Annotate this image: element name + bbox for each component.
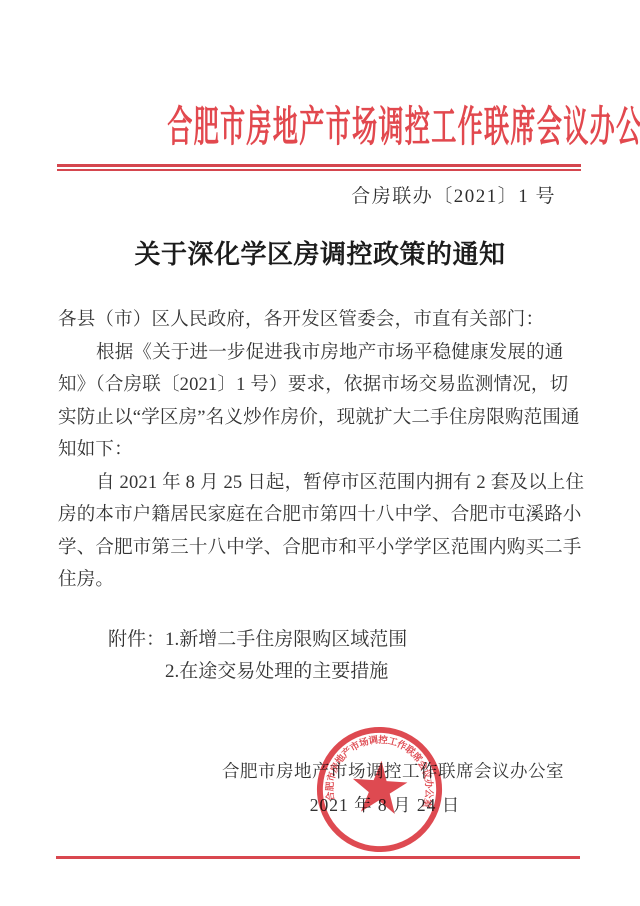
- body-line: 各县（市）区人民政府，各开发区管委会，市直有关部门：: [58, 304, 584, 337]
- letterhead-rule: [57, 164, 581, 171]
- attachment-item: 2.在途交易处理的主要措施: [108, 656, 407, 688]
- star-icon: [351, 759, 409, 815]
- body-line: 自 2021 年 8 月 25 日起，暂停市区范围内拥有 2 套及以上住: [58, 467, 584, 500]
- attachment-item-text: 2.在途交易处理的主要措施: [165, 661, 388, 682]
- body-text: 各县（市）区人民政府，各开发区管委会，市直有关部门： 根据《关于进一步促进我市房…: [58, 304, 584, 597]
- footer-rule: [56, 856, 580, 859]
- document-title: 关于深化学区房调控政策的通知: [0, 234, 640, 271]
- body-line: 房的本市户籍居民家庭在合肥市第四十八中学、合肥市屯溪路小: [58, 499, 584, 532]
- attachments-label: 附件：: [108, 629, 165, 650]
- document-number: 合房联办〔2021〕1 号: [351, 181, 556, 208]
- official-seal: 合肥市房地产市场调控工作联席会议办公室: [310, 720, 450, 860]
- attachment-item-text: 1.新增二手住房限购区域范围: [165, 629, 407, 650]
- body-line: 知如下：: [58, 434, 584, 467]
- letterhead: 合肥市房地产市场调控工作联席会议办公室: [0, 94, 640, 154]
- body-line: 根据《关于进一步促进我市房地产市场平稳健康发展的通: [58, 337, 584, 370]
- body-line: 知》（合房联〔2021〕1 号）要求，依据市场交易监测情况，切: [58, 369, 584, 402]
- letterhead-office-name: 合肥市房地产市场调控工作联席会议办公室: [167, 94, 640, 154]
- document-page: 合肥市房地产市场调控工作联席会议办公室 合房联办〔2021〕1 号 关于深化学区…: [0, 0, 640, 906]
- body-line: 实防止以“学区房”名义炒作房价，现就扩大二手住房限购范围通: [58, 402, 584, 435]
- attachments: 附件：1.新增二手住房限购区域范围 2.在途交易处理的主要措施: [108, 624, 407, 688]
- body-line: 住房。: [58, 564, 584, 597]
- attachment-item: 附件：1.新增二手住房限购区域范围: [108, 624, 407, 656]
- body-line: 学、合肥市第三十八中学、合肥市和平小学学区范围内购买二手: [58, 532, 584, 565]
